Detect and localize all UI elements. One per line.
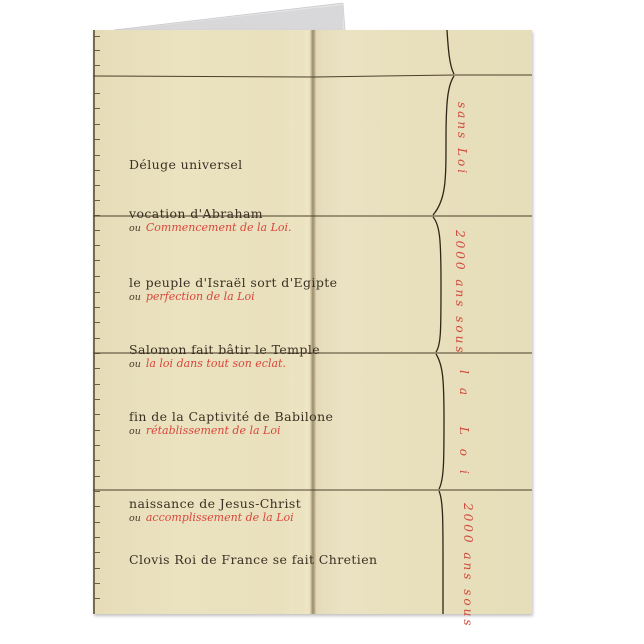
- period-label-la-loi: la Loi: [457, 370, 471, 488]
- event-abraham: vocation d'Abraham ouCommencement de la …: [129, 206, 292, 234]
- event-deluge: Déluge universel: [129, 157, 243, 172]
- event-clovis: Clovis Roi de France se fait Chretien: [129, 552, 377, 567]
- event-nativity: naissance de Jesus-Christ ouaccomplissem…: [129, 496, 301, 524]
- period-label-sans-loi: sans Loi: [455, 102, 469, 176]
- event-exodus: le peuple d'Israël sort d'Egipte ouperfe…: [129, 275, 337, 303]
- event-temple: Salomon fait bâtir le Temple oula loi da…: [129, 342, 320, 370]
- period-label-2000-ans-sous-1: 2000 ans sous: [453, 230, 467, 355]
- manuscript-page: Déluge universel vocation d'Abraham ouCo…: [93, 30, 532, 614]
- event-babylon: fin de la Captivité de Babilone ourétabl…: [129, 409, 333, 437]
- period-label-2000-ans-sous-2: 2000 ans sous: [461, 503, 475, 628]
